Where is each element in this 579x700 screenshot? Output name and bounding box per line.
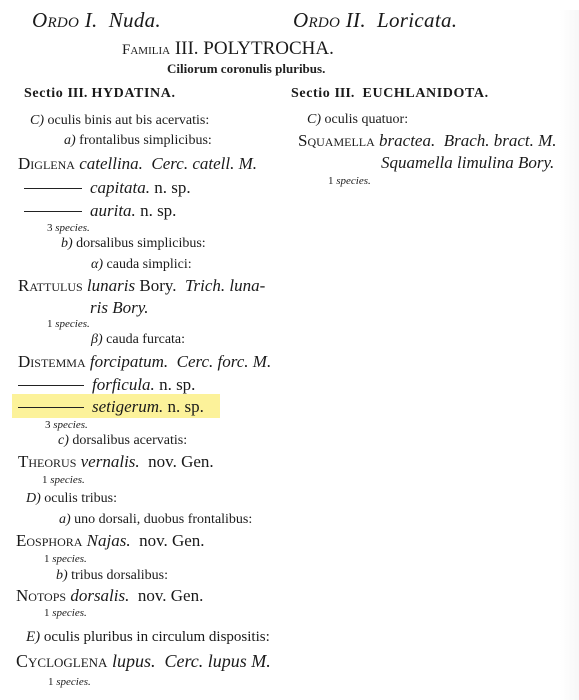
species-name: lunaris [87, 276, 135, 295]
key-line: b) dorsalibus simplicibus: [61, 236, 206, 252]
count-word: species. [52, 553, 87, 565]
genus-name: Diglena [18, 154, 75, 173]
species-name: vernalis. [81, 452, 140, 471]
count-number: 3 [45, 419, 51, 431]
count-word: species. [56, 676, 91, 688]
genus-name: Cycloglena [16, 651, 107, 671]
genus-line-squamella: Squamella bractea. Brach. bract. M. [298, 131, 557, 151]
key-line: C) oculis binis aut bis acervatis: [30, 113, 209, 129]
count-number: 1 [44, 607, 50, 619]
species-note: n. sp. [159, 375, 195, 394]
ditto-dash [24, 188, 82, 189]
genus-note: nov. Gen. [148, 452, 213, 471]
sectio-right-heading: Sectio III. EUCHLANIDOTA. [291, 86, 489, 102]
count-word: species. [55, 318, 90, 330]
species-count: 3 species. [47, 222, 90, 234]
species-name: forficula. [92, 375, 155, 394]
count-word: species. [52, 607, 87, 619]
count-number: 1 [44, 553, 50, 565]
key-letter: b) [61, 236, 73, 251]
familia-subtitle: Ciliorum coronulis pluribus. [167, 61, 325, 77]
species-count: 1 species. [42, 474, 85, 486]
species-count: 1 species. [328, 175, 371, 187]
species-line-highlighted: setigerum. n. sp. [18, 397, 204, 417]
genus-line-eosphora: Eosphora Najas. nov. Gen. [16, 531, 205, 551]
genus-note: nov. Gen. [139, 531, 204, 550]
species-count: 1 species. [47, 318, 90, 330]
key-text: cauda simplici: [107, 257, 192, 272]
genus-line-rattulus: Rattulus lunaris Bory. Trich. luna- [18, 276, 265, 296]
species-name: bractea. [379, 131, 435, 150]
key-line: a) uno dorsali, duobus frontalibus: [59, 512, 252, 528]
familia-heading: Familia III. POLYTROCHA. [122, 38, 334, 60]
species-name: catellina. [79, 154, 143, 173]
species-name: setigerum. [92, 397, 163, 416]
species-name: forcipatum. [90, 352, 168, 371]
ordo-right-heading: Ordo II. Loricata. [293, 8, 457, 33]
synonym-note: Brach. bract. M. [444, 131, 557, 150]
genus-name: Eosphora [16, 531, 82, 550]
genus-note: nov. Gen. [138, 586, 203, 605]
key-line: E) oculis pluribus in circulum dispositi… [26, 629, 270, 646]
count-word: species. [50, 474, 85, 486]
species-name: aurita. [90, 201, 136, 220]
key-line: β) cauda furcata: [91, 332, 185, 348]
key-letter: β) [91, 332, 103, 347]
count-number: 3 [47, 222, 53, 234]
key-text: frontalibus simplicibus: [79, 133, 212, 148]
key-line: D) oculis tribus: [26, 491, 117, 507]
ditto-dash [18, 385, 84, 386]
ordo-name: Loricata. [377, 8, 457, 32]
key-letter: a) [64, 133, 76, 148]
author-name: Bory. [139, 276, 176, 295]
genus-line-theorus: Theorus vernalis. nov. Gen. [18, 452, 214, 472]
key-text: dorsalibus acervatis: [72, 433, 187, 448]
count-number: 1 [42, 474, 48, 486]
continuation-line: Squamella limulina Bory. [381, 153, 554, 173]
key-line: c) dorsalibus acervatis: [58, 433, 187, 449]
species-name: dorsalis. [70, 586, 129, 605]
key-letter: b) [56, 568, 68, 583]
species-line: capitata. n. sp. [24, 178, 191, 198]
key-line: α) cauda simplici: [91, 257, 192, 273]
key-letter: α) [91, 257, 103, 272]
genus-name: Squamella [298, 131, 375, 150]
count-word: species. [336, 175, 371, 187]
key-line: a) frontalibus simplicibus: [64, 133, 212, 149]
species-name: Najas. [87, 531, 131, 550]
sectio-label: Sectio [291, 86, 330, 101]
species-note: n. sp. [140, 201, 176, 220]
count-number: 1 [47, 318, 53, 330]
key-text: cauda furcata: [106, 332, 185, 347]
sectio-numeral: III. [67, 86, 87, 101]
count-number: 1 [328, 175, 334, 187]
ordo-numeral: I. [85, 8, 98, 32]
species-count: 1 species. [48, 676, 91, 688]
ordo-name: Nuda. [109, 8, 161, 32]
familia-numeral: III. [175, 38, 199, 59]
genus-line-notops: Notops dorsalis. nov. Gen. [16, 586, 203, 606]
key-letter: a) [59, 512, 71, 527]
ordo-label: Ordo [293, 8, 340, 32]
ordo-label: Ordo [32, 8, 79, 32]
species-count: 1 species. [44, 607, 87, 619]
ordo-left-heading: Ordo I. Nuda. [32, 8, 161, 33]
continuation-line: ris Bory. [90, 298, 149, 318]
key-text: oculis tribus: [44, 491, 117, 506]
key-letter: D) [26, 491, 41, 506]
page-edge-shadow [560, 10, 579, 700]
species-line: aurita. n. sp. [24, 201, 176, 221]
familia-name: POLYTROCHA. [203, 38, 334, 59]
sectio-numeral: III. [334, 86, 354, 101]
species-count: 3 species. [45, 419, 88, 431]
species-name: lupus. [112, 651, 156, 671]
key-letter: C) [30, 113, 44, 128]
ordo-numeral: II. [346, 8, 366, 32]
sectio-label: Sectio [24, 86, 63, 101]
species-count: 1 species. [44, 553, 87, 565]
key-line: C) oculis quatuor: [307, 112, 408, 128]
key-text: uno dorsali, duobus frontalibus: [74, 512, 252, 527]
genus-line-cycloglena: Cycloglena lupus. Cerc. lupus M. [16, 651, 271, 672]
genus-line-distemma: Distemma forcipatum. Cerc. forc. M. [18, 352, 271, 372]
genus-name: Notops [16, 586, 66, 605]
genus-name: Rattulus [18, 276, 83, 295]
species-line: forficula. n. sp. [18, 375, 195, 395]
species-note: n. sp. [154, 178, 190, 197]
key-line: b) tribus dorsalibus: [56, 568, 168, 584]
synonym-note: Cerc. catell. M. [151, 154, 257, 173]
count-word: species. [53, 419, 88, 431]
key-letter: C) [307, 112, 321, 127]
count-word: species. [55, 222, 90, 234]
key-letter: c) [58, 433, 69, 448]
sectio-name: HYDATINA. [91, 86, 175, 101]
ditto-dash [18, 407, 84, 408]
synonym-note: Cerc. lupus M. [164, 651, 270, 671]
genus-name: Distemma [18, 352, 86, 371]
key-letter: E) [26, 629, 40, 645]
synonym-note: Cerc. forc. M. [177, 352, 272, 371]
key-text: oculis quatuor: [325, 112, 409, 127]
genus-name: Theorus [18, 452, 76, 471]
key-text: tribus dorsalibus: [71, 568, 168, 583]
genus-line-diglena: Diglena catellina. Cerc. catell. M. [18, 154, 257, 174]
sectio-left-heading: Sectio III. HYDATINA. [24, 86, 176, 102]
count-number: 1 [48, 676, 54, 688]
ditto-dash [24, 211, 82, 212]
species-name: capitata. [90, 178, 150, 197]
species-note: n. sp. [168, 397, 204, 416]
synonym-note: Trich. luna- [185, 276, 265, 295]
key-text: oculis binis aut bis acervatis: [48, 113, 210, 128]
key-text: dorsalibus simplicibus: [76, 236, 206, 251]
sectio-name: EUCHLANIDOTA. [363, 86, 489, 101]
familia-label: Familia [122, 42, 170, 58]
key-text: oculis pluribus in circulum dispositis: [44, 629, 270, 645]
